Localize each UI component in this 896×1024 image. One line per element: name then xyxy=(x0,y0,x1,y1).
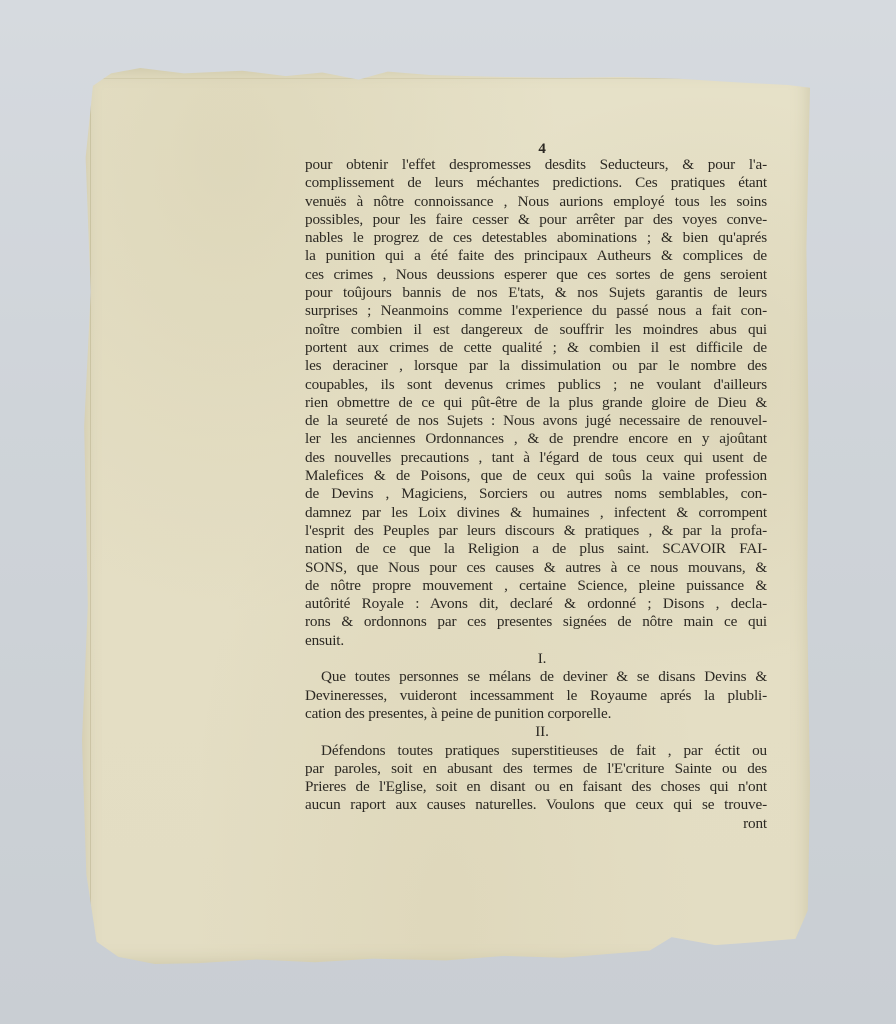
text-line: Défendons toutes pratiques superstitieus… xyxy=(305,742,767,760)
document-page: 4 pour obtenir l'effet despromesses desd… xyxy=(82,68,810,964)
article-1: I. Que toutes personnes se mélans de dev… xyxy=(305,650,767,723)
text-line: l'esprit des Peuples par leurs discours … xyxy=(305,522,767,540)
printed-text-block: 4 pour obtenir l'effet despromesses desd… xyxy=(305,142,767,833)
catchword: ront xyxy=(305,815,767,833)
text-line: ces crimes , Nous deussions esperer que … xyxy=(305,266,767,284)
text-line: coupables, ils sont devenus crimes publi… xyxy=(305,376,767,394)
text-line: des nouvelles precautions , tant à l'éga… xyxy=(305,449,767,467)
text-line: de la seureté de nos Sujets : Nous avons… xyxy=(305,412,767,430)
text-line: autôrité Royale : Avons dit, declaré & o… xyxy=(305,595,767,613)
text-line: Prieres de l'Eglise, soit en disant ou e… xyxy=(305,778,767,796)
preamble-paragraph: pour obtenir l'effet despromesses desdit… xyxy=(305,156,767,650)
text-line: Devineresses, vuideront incessamment le … xyxy=(305,687,767,705)
text-line: de nôtre propre mouvement , certaine Sci… xyxy=(305,577,767,595)
text-line: venuës à nôtre connoissance , Nous aurio… xyxy=(305,193,767,211)
text-line: rien obmettre de ce qui pût-être de la p… xyxy=(305,394,767,412)
text-line: surprises ; Neanmoins comme l'experience… xyxy=(305,302,767,320)
text-line: portent aux crimes de cette qualité ; & … xyxy=(305,339,767,357)
text-line: ler les anciennes Ordonnances , & de pre… xyxy=(305,430,767,448)
text-line: noître combien il est dangereux de souff… xyxy=(305,321,767,339)
article-2: II. Défendons toutes pratiques superstit… xyxy=(305,723,767,833)
text-line: nables le progrez de ces detestables abo… xyxy=(305,229,767,247)
text-line: Que toutes personnes se mélans de devine… xyxy=(305,668,767,686)
text-line: cation des presentes, à peine de punitio… xyxy=(305,705,767,723)
text-line: la punition qui a été faite des principa… xyxy=(305,247,767,265)
text-line: de Devins , Magiciens, Sorciers ou autre… xyxy=(305,485,767,503)
text-line: rons & ordonnons par ces presentes signé… xyxy=(305,613,767,631)
text-line: Malefices & de Poisons, que de ceux qui … xyxy=(305,467,767,485)
text-line: par paroles, soit en abusant des termes … xyxy=(305,760,767,778)
text-line: nation de ce que la Religion a de plus s… xyxy=(305,540,767,558)
text-line: SONS, que Nous pour ces causes & autres … xyxy=(305,559,767,577)
text-line: complissement de leurs méchantes predict… xyxy=(305,174,767,192)
text-line: ensuit. xyxy=(305,632,767,650)
text-line: les deraciner , lorsque par la dissimula… xyxy=(305,357,767,375)
text-line: pour obtenir l'effet despromesses desdit… xyxy=(305,156,767,174)
page-number: 4 xyxy=(305,142,767,156)
text-line: aucun raport aux causes naturelles. Voul… xyxy=(305,796,767,814)
text-line: possibles, pour les faire cesser & pour … xyxy=(305,211,767,229)
article-number: II. xyxy=(305,723,767,741)
text-line: pour toûjours bannis de nos E'tats, & no… xyxy=(305,284,767,302)
article-number: I. xyxy=(305,650,767,668)
text-line: damnez par les Loix divines & humaines ,… xyxy=(305,504,767,522)
